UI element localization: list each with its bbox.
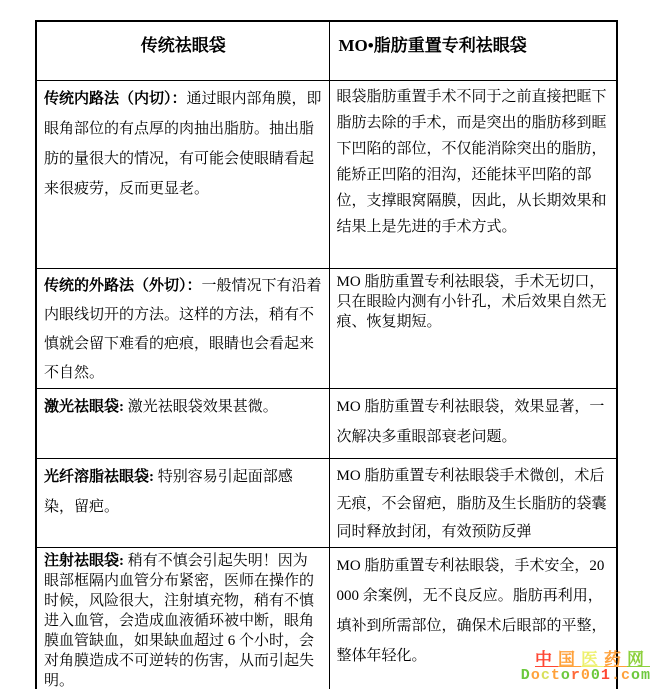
- table-row: 光纤溶脂祛眼袋: 特别容易引起面部感染，留疤。 MO 脂肪重置专利祛眼袋手术微创…: [36, 458, 617, 547]
- row-3-mo-cell: MO 脂肪重置专利祛眼袋，效果显著，一次解决多重眼部衰老问题。: [329, 388, 617, 458]
- row-4-mo-cell: MO 脂肪重置专利祛眼袋手术微创，术后无痕，不会留疤，脂肪及生长脂肪的袋囊同时释…: [329, 458, 617, 547]
- table-row: 传统的外路法（外切）：一般情况下有沿着内眼线切开的方法。这样的方法，稍有不慎就会…: [36, 268, 617, 388]
- header-cell-traditional: 传统祛眼袋: [36, 21, 329, 80]
- row-2-mo-cell: MO 脂肪重置专利祛眼袋，手术无切口，只在眼睑内测有小针孔，术后效果自然无痕、恢…: [329, 268, 617, 388]
- row-1-traditional-cell: 传统内路法（内切）：通过眼内部角膜，即眼角部位的有点厚的肉抽出脂肪。抽出脂肪的量…: [36, 80, 329, 268]
- mo-description: MO 脂肪重置专利祛眼袋手术微创，术后无痕，不会留疤，脂肪及生长脂肪的袋囊同时释…: [337, 468, 607, 540]
- header-row: 传统祛眼袋 MO•脂肪重置专利祛眼袋: [36, 21, 617, 80]
- mo-description: MO 脂肪重置专利祛眼袋，效果显著，一次解决多重眼部衰老问题。: [337, 399, 605, 445]
- method-label: 注射祛眼袋:: [44, 553, 124, 569]
- eye-bag-comparison-table: 传统祛眼袋 MO•脂肪重置专利祛眼袋 传统内路法（内切）：通过眼内部角膜，即眼角…: [35, 20, 618, 689]
- mo-description: 眼袋脂肪重置手术不同于之前直接把眶下脂肪去除的手术，而是突出的脂肪移到眶下凹陷的…: [337, 89, 607, 235]
- method-description: 稍有不慎会引起失明！因为眼部框隔内血管分布紧密，医师在操作的时候，风险很大，注射…: [44, 553, 314, 689]
- header-traditional-label: 传统祛眼袋: [141, 36, 226, 55]
- row-4-traditional-cell: 光纤溶脂祛眼袋: 特别容易引起面部感染，留疤。: [36, 458, 329, 547]
- header-mo-label: MO•脂肪重置专利祛眼袋: [339, 36, 527, 55]
- method-label: 激光祛眼袋:: [44, 399, 124, 415]
- method-description: 激光祛眼袋效果甚微。: [124, 399, 278, 415]
- header-cell-mo: MO•脂肪重置专利祛眼袋: [329, 21, 617, 80]
- method-label: 光纤溶脂祛眼袋:: [44, 469, 154, 485]
- table-row: 传统内路法（内切）：通过眼内部角膜，即眼角部位的有点厚的肉抽出脂肪。抽出脂肪的量…: [36, 80, 617, 268]
- watermark-domain: Doctor001.com: [521, 667, 651, 684]
- mo-description: MO 脂肪重置专利祛眼袋，手术无切口，只在眼睑内测有小针孔，术后效果自然无痕、恢…: [337, 274, 607, 330]
- row-5-traditional-cell: 注射祛眼袋: 稍有不慎会引起失明！因为眼部框隔内血管分布紧密，医师在操作的时候，…: [36, 547, 329, 689]
- method-label: 传统的外路法（外切）：: [44, 278, 202, 294]
- method-label: 传统内路法（内切）：: [44, 91, 187, 107]
- row-3-traditional-cell: 激光祛眼袋: 激光祛眼袋效果甚微。: [36, 388, 329, 458]
- table-row: 激光祛眼袋: 激光祛眼袋效果甚微。 MO 脂肪重置专利祛眼袋，效果显著，一次解决…: [36, 388, 617, 458]
- row-2-traditional-cell: 传统的外路法（外切）：一般情况下有沿着内眼线切开的方法。这样的方法，稍有不慎就会…: [36, 268, 329, 388]
- row-1-mo-cell: 眼袋脂肪重置手术不同于之前直接把眶下脂肪去除的手术，而是突出的脂肪移到眶下凹陷的…: [329, 80, 617, 268]
